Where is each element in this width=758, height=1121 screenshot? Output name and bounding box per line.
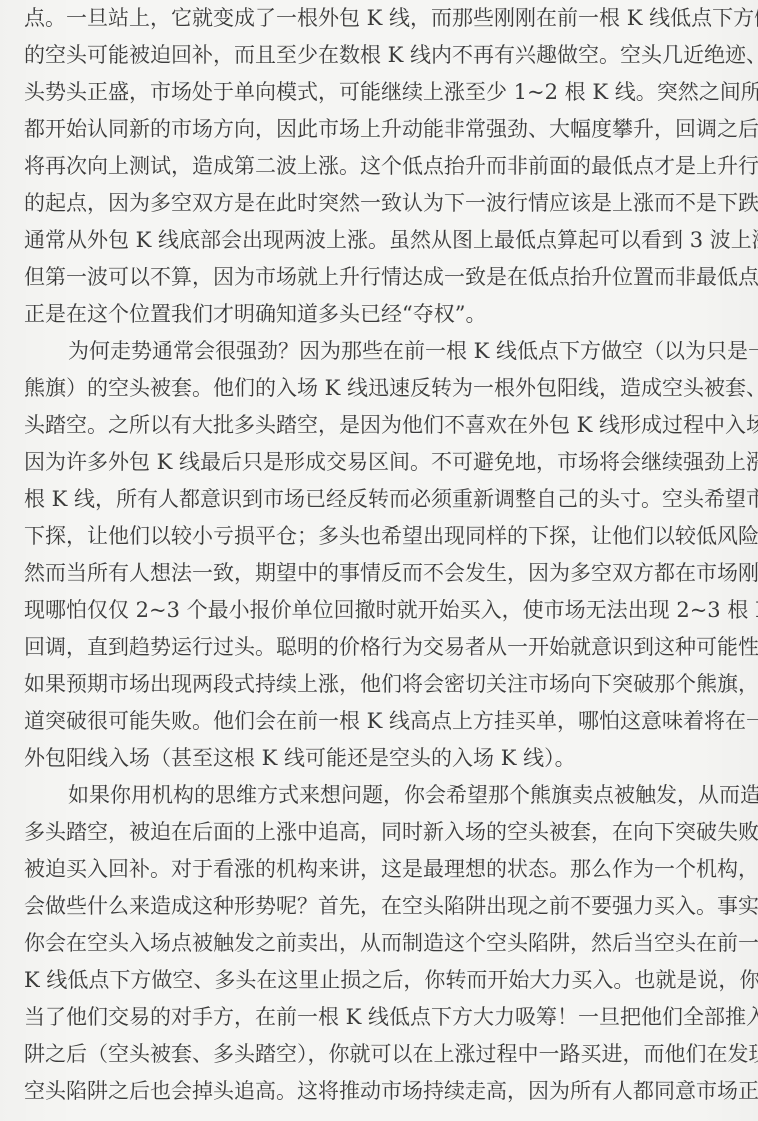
text-line: 的起点，因为多空双方是在此时突然一致认为下一波行情应该是上涨而不是下跌。 [24,185,738,222]
text-line: 你会在空头入场点被触发之前卖出，从而制造这个空头陷阱，然后当空头在前一根 [24,925,738,962]
text-line: 的空头可能被迫回补，而且至少在数根 K 线内不再有兴趣做空。空头几近绝迹、多 [24,37,738,74]
body-text: 点。一旦站上，它就变成了一根外包 K 线，而那些刚刚在前一根 K 线低点下方做空… [24,0,738,1110]
text-line: 空头陷阱之后也会掉头追高。这将推动市场持续走高，因为所有人都同意市场正处 [24,1073,738,1110]
text-line: 因为许多外包 K 线最后只是形成交易区间。不可避免地，市场将会继续强劲上涨多 [24,444,738,481]
paragraph-2: 为何走势通常会很强劲？因为那些在前一根 K 线低点下方做空（以为只是一个 熊旗）… [24,333,738,777]
text-line: 将再次向上测试，造成第二波上涨。这个低点抬升而非前面的最低点才是上升行情 [24,148,738,185]
text-line: 然而当所有人想法一致，期望中的事情反而不会发生，因为多空双方都在市场刚出 [24,555,738,592]
text-line: 会做些什么来造成这种形势呢？首先，在空头陷阱出现之前不要强力买入。事实上， [24,888,738,925]
text-line: 如果你用机构的思维方式来想问题，你会希望那个熊旗卖点被触发，从而造成 [24,777,738,814]
text-line: 当了他们交易的对手方，在前一根 K 线低点下方大力吸筹！一旦把他们全部推入陷 [24,999,738,1036]
text-line: 但第一波可以不算，因为市场就上升行情达成一致是在低点抬升位置而非最低点。 [24,259,738,296]
text-line: 点。一旦站上，它就变成了一根外包 K 线，而那些刚刚在前一根 K 线低点下方做空 [24,0,738,37]
text-line: 头踏空。之所以有大批多头踏空，是因为他们不喜欢在外包 K 线形成过程中入场， [24,407,738,444]
text-line: 通常从外包 K 线底部会出现两波上涨。虽然从图上最低点算起可以看到 3 波上涨， [24,222,738,259]
text-line: 阱之后（空头被套、多头踏空），你就可以在上涨过程中一路买进，而他们在发现 [24,1036,738,1073]
text-line: 如果预期市场出现两段式持续上涨，他们将会密切关注市场向下突破那个熊旗，知 [24,666,738,703]
paragraph-3: 如果你用机构的思维方式来想问题，你会希望那个熊旗卖点被触发，从而造成 多头踏空，… [24,777,738,1110]
text-line: 多头踏空，被迫在后面的上涨中追高，同时新入场的空头被套，在向下突破失败后 [24,814,738,851]
text-line: 正是在这个位置我们才明确知道多头已经“夺权”。 [24,296,738,333]
text-line: 现哪怕仅仅 2~3 个最小报价单位回撤时就开始买入，使市场无法出现 2~3 根 … [24,592,738,629]
text-line: 回调，直到趋势运行过头。聪明的价格行为交易者从一开始就意识到这种可能性， [24,629,738,666]
text-line: 头势头正盛，市场处于单向模式，可能继续上涨至少 1~2 根 K 线。突然之间所有… [24,74,738,111]
text-line: K 线低点下方做空、多头在这里止损之后，你转而开始大力买入。也就是说，你充 [24,962,738,999]
text-line: 熊旗）的空头被套。他们的入场 K 线迅速反转为一根外包阳线，造成空头被套、多 [24,370,738,407]
text-line: 根 K 线，所有人都意识到市场已经反转而必须重新调整自己的头寸。空头希望市场 [24,481,738,518]
paragraph-1: 点。一旦站上，它就变成了一根外包 K 线，而那些刚刚在前一根 K 线低点下方做空… [24,0,738,333]
text-line: 为何走势通常会很强劲？因为那些在前一根 K 线低点下方做空（以为只是一个 [24,333,738,370]
text-line: 被迫买入回补。对于看涨的机构来讲，这是最理想的状态。那么作为一个机构，你 [24,851,738,888]
text-line: 都开始认同新的市场方向，因此市场上升动能非常强劲、大幅度攀升，回调之后还 [24,111,738,148]
book-page: 点。一旦站上，它就变成了一根外包 K 线，而那些刚刚在前一根 K 线低点下方做空… [0,0,758,1121]
text-line: 下探，让他们以较小亏损平仓；多头也希望出现同样的下探，让他们以较低风险加仓。 [24,518,738,555]
text-line: 道突破很可能失败。他们会在前一根 K 线高点上方挂买单，哪怕这意味着将在一根 [24,703,738,740]
text-line: 外包阳线入场（甚至这根 K 线可能还是空头的入场 K 线）。 [24,740,738,777]
